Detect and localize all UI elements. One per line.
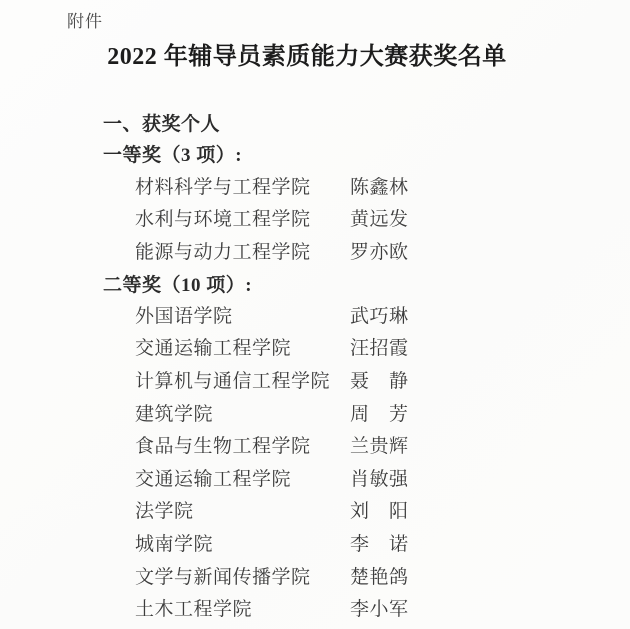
- award-row: 能源与动力工程学院 罗亦欧: [135, 234, 409, 267]
- college-name: 法学院: [135, 496, 350, 523]
- college-name: 能源与动力工程学院: [135, 237, 350, 264]
- award-row: 交通运输工程学院 肖敏强: [135, 461, 409, 494]
- attachment-label: 附件: [67, 7, 103, 32]
- page-title: 2022 年辅导员素质能力大赛获奖名单: [0, 36, 622, 71]
- document-page: 附件 2022 年辅导员素质能力大赛获奖名单 一、获奖个人 一等奖（3 项）: …: [0, 0, 630, 629]
- college-name: 城南学院: [135, 529, 350, 556]
- college-name: 材料科学与工程学院: [135, 172, 350, 199]
- first-prize-rows: 材料科学与工程学院 陈鑫林 水利与环境工程学院 黄远发 能源与动力工程学院 罗亦…: [135, 169, 409, 267]
- award-row: 外国语学院 武巧琳: [135, 298, 409, 331]
- winner-name: 刘 阳: [350, 496, 409, 523]
- winner-name: 肖敏强: [350, 464, 409, 491]
- group-heading-second-prize: 二等奖（10 项）:: [103, 270, 252, 297]
- winner-name: 陈鑫林: [350, 172, 409, 199]
- second-prize-rows: 外国语学院 武巧琳 交通运输工程学院 汪招霞 计算机与通信工程学院 聂 静 建筑…: [135, 298, 409, 624]
- college-name: 食品与生物工程学院: [135, 431, 350, 458]
- winner-name: 武巧琳: [350, 301, 409, 328]
- college-name: 计算机与通信工程学院: [135, 366, 350, 393]
- award-row: 文学与新闻传播学院 楚艳鸽: [135, 559, 409, 592]
- college-name: 外国语学院: [135, 301, 350, 328]
- winner-name: 李 诺: [350, 529, 409, 556]
- college-name: 土木工程学院: [135, 594, 350, 621]
- winner-name: 楚艳鸽: [350, 562, 409, 589]
- award-row: 交通运输工程学院 汪招霞: [135, 331, 409, 364]
- award-row: 材料科学与工程学院 陈鑫林: [135, 169, 409, 202]
- winner-name: 周 芳: [350, 399, 409, 426]
- college-name: 水利与环境工程学院: [135, 204, 350, 231]
- award-row: 建筑学院 周 芳: [135, 396, 409, 429]
- winner-name: 聂 静: [350, 366, 409, 393]
- winner-name: 汪招霞: [350, 333, 409, 360]
- award-row: 食品与生物工程学院 兰贵辉: [135, 428, 409, 461]
- group-heading-first-prize: 一等奖（3 项）:: [103, 140, 242, 167]
- winner-name: 罗亦欧: [350, 237, 409, 264]
- winner-name: 黄远发: [350, 204, 409, 231]
- award-row: 计算机与通信工程学院 聂 静: [135, 363, 409, 396]
- college-name: 交通运输工程学院: [135, 333, 350, 360]
- winner-name: 兰贵辉: [350, 431, 409, 458]
- award-row: 水利与环境工程学院 黄远发: [135, 202, 409, 235]
- section-heading-individual-awards: 一、获奖个人: [103, 109, 220, 136]
- college-name: 交通运输工程学院: [135, 464, 350, 491]
- award-row: 法学院 刘 阳: [135, 494, 409, 527]
- college-name: 建筑学院: [135, 399, 350, 426]
- award-row: 城南学院 李 诺: [135, 526, 409, 559]
- award-row: 土木工程学院 李小军: [135, 591, 409, 624]
- winner-name: 李小军: [350, 594, 409, 621]
- college-name: 文学与新闻传播学院: [135, 562, 350, 589]
